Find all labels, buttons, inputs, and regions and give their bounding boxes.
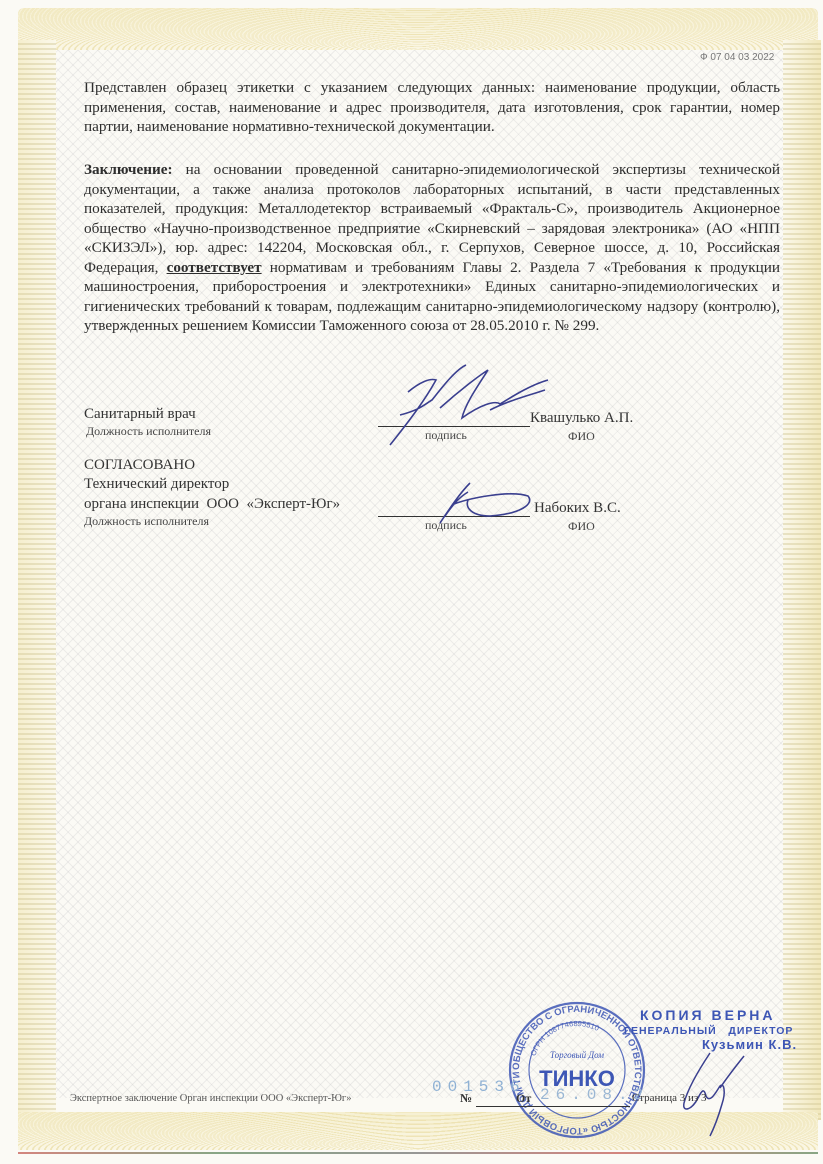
form-code: Ф 07 04 03 2022 — [700, 52, 774, 63]
serial-number-stamp: 001536 — [432, 1078, 526, 1096]
conclusion-verdict: соответствует — [167, 259, 262, 276]
footer-document-title: Экспертное заключение Орган инспекции ОО… — [70, 1093, 351, 1104]
company-round-seal: ОБЩЕСТВО С ОГРАНИЧЕННОЙ ОТВЕТСТВЕННОСТЬЮ… — [507, 1000, 647, 1140]
signer-2-position-line1: Технический директор — [84, 476, 229, 493]
footer-page-number: Страница 3 из 3 — [632, 1092, 707, 1104]
signer-1-position-caption: Должность исполнителя — [86, 424, 211, 439]
signer-2-position-line2: органа инспекции ООО «Эксперт-Юг» — [84, 496, 340, 513]
decorative-border-left — [18, 40, 56, 1120]
signer-1-position: Санитарный врач — [84, 406, 196, 423]
conclusion-label: Заключение: — [84, 161, 173, 178]
signer-2-name-caption: ФИО — [568, 519, 595, 534]
label-description-paragraph: Представлен образец этикетки с указанием… — [84, 78, 780, 137]
copy-certified-stamp: КОПИЯ ВЕРНА ГЕНЕРАЛЬНЫЙ ДИРЕКТОР Кузьмин… — [640, 1007, 797, 1052]
footer-date-label: От — [516, 1091, 531, 1106]
svg-text:Торговый Дом: Торговый Дом — [550, 1050, 604, 1060]
signer-2-name: Набоких В.С. — [534, 500, 621, 517]
document-page: Ф 07 04 03 2022 Представлен образец этик… — [0, 0, 823, 1164]
footer-number-label: № — [460, 1091, 472, 1106]
signer-2-position-caption: Должность исполнителя — [84, 514, 209, 529]
signer-1-name-caption: ФИО — [568, 429, 595, 444]
approved-label: СОГЛАСОВАНО — [84, 457, 195, 474]
decorative-border-top — [18, 8, 818, 50]
copy-stamp-line2: ГЕНЕРАЛЬНЫЙ ДИРЕКТОР — [624, 1025, 797, 1037]
conclusion-paragraph: Заключение: на основании проведенной сан… — [84, 160, 780, 336]
decorative-border-right — [783, 40, 821, 1120]
copy-stamp-line1: КОПИЯ ВЕРНА — [640, 1007, 797, 1023]
footer-date-line — [540, 1106, 630, 1107]
